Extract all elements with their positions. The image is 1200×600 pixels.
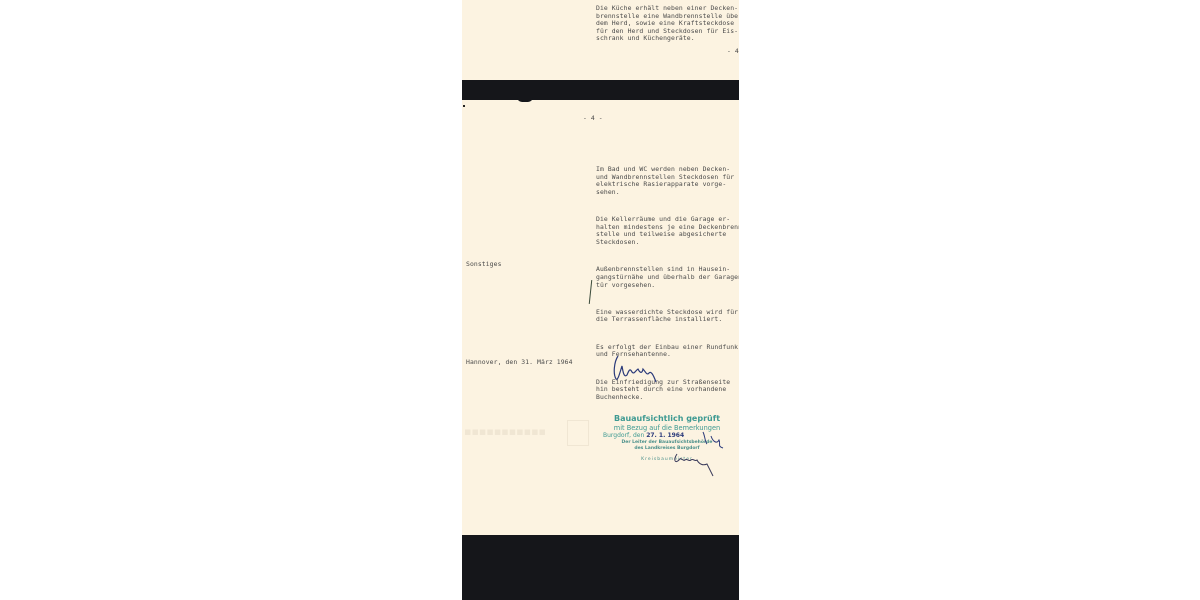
page-separator-band [462,80,739,100]
author-signature [610,352,664,386]
paragraph-bath: Im Bad und WC werden neben Decken- und W… [596,166,739,196]
scanned-document-strip: Die Küche erhält neben einer Decken- bre… [462,0,739,600]
official-signature [667,430,727,478]
continuation-marker: - 4 [727,48,739,56]
stamp-date-prefix: Burgdorf, den [603,432,644,439]
section-label-sonstiges: Sonstiges [466,261,502,269]
faint-bleedthrough-text: ▪▪▪▪▪▪▪▪▪▪▪ [464,425,546,438]
kitchen-paragraph: Die Küche erhält neben einer Decken- bre… [596,5,739,43]
page-number: - 4 - [583,115,603,123]
scan-speck [463,105,465,107]
scan-background-bottom [462,535,739,600]
paragraph-outdoor-lights: Außenbrennstellen sind in Hausein- gangs… [596,266,739,289]
stamp-line-approved: Bauaufsichtlich geprüft [597,414,737,424]
margin-mark [589,280,593,304]
place-date: Hannover, den 31. März 1964 [466,359,573,367]
paragraph-terrace-socket: Eine wasserdichte Steckdose wird für die… [596,309,739,324]
paragraph-cellar: Die Kellerräume und die Garage er- halte… [596,216,739,246]
faint-bleedthrough-box [567,420,589,446]
